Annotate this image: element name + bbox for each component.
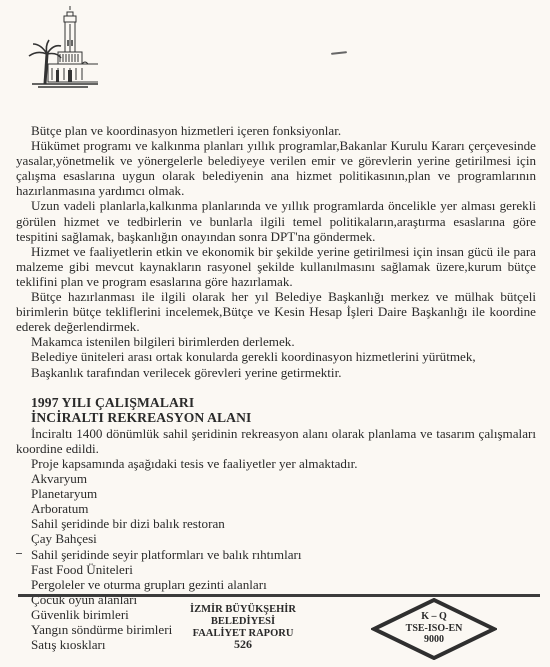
list-item: Sahil şeridinde bir dizi balık restoran xyxy=(16,516,536,531)
paragraph: İnciraltı 1400 dönümlük sahil şeridinin … xyxy=(16,426,536,456)
list-item: Arboratum xyxy=(16,501,536,516)
badge-line: 9000 xyxy=(371,634,497,646)
list-item: Pergoleler ve oturma grupları gezinti al… xyxy=(16,577,536,592)
paragraph: Hizmet ve faaliyetlerin etkin ve ekonomi… xyxy=(16,244,536,289)
section-subheading: İNCİRALTI REKREASYON ALANI xyxy=(16,410,536,426)
footer-divider xyxy=(18,594,540,597)
paragraph: Uzun vadeli planlarla,kalkınma planların… xyxy=(16,198,536,243)
document-page: Bütçe plan ve koordinasyon hizmetleri iç… xyxy=(0,0,550,667)
badge-line: TSE-ISO-EN xyxy=(371,623,497,635)
document-body: Bütçe plan ve koordinasyon hizmetleri iç… xyxy=(16,123,536,652)
footer-organization: İZMİR BÜYÜKŞEHİR BELEDİYESİ FAALİYET RAP… xyxy=(168,604,318,640)
list-item: Sahil şeridinde seyir platformları ve ba… xyxy=(16,547,536,562)
intro-title: Bütçe plan ve koordinasyon hizmetleri iç… xyxy=(16,123,536,138)
text-line: Makamca istenilen bilgileri birimlerden … xyxy=(16,334,536,349)
list-item: Akvaryum xyxy=(16,471,536,486)
org-name: İZMİR BÜYÜKŞEHİR BELEDİYESİ xyxy=(168,604,318,628)
scan-artifact xyxy=(331,51,347,55)
text-line: Belediye üniteleri arası ortak konularda… xyxy=(16,349,536,364)
list-item: Planetaryum xyxy=(16,486,536,501)
list-item: Fast Food Üniteleri xyxy=(16,562,536,577)
section-heading: 1997 YILI ÇALIŞMALARI xyxy=(16,395,536,411)
list-intro: Proje kapsamında aşağıdaki tesis ve faal… xyxy=(16,456,536,471)
text-line: Başkanlık tarafından verilecek görevleri… xyxy=(16,365,536,380)
clock-tower-logo-icon xyxy=(18,4,98,88)
quality-badge: K – Q TSE-ISO-EN 9000 xyxy=(371,611,497,646)
paragraph: Hükümet programı ve kalkınma planları yı… xyxy=(16,138,536,198)
paragraph: Bütçe hazırlanması ile ilgili olarak her… xyxy=(16,289,536,334)
list-item: Çay Bahçesi xyxy=(16,531,536,546)
badge-line: K – Q xyxy=(371,611,497,623)
page-number: 526 xyxy=(168,637,318,652)
